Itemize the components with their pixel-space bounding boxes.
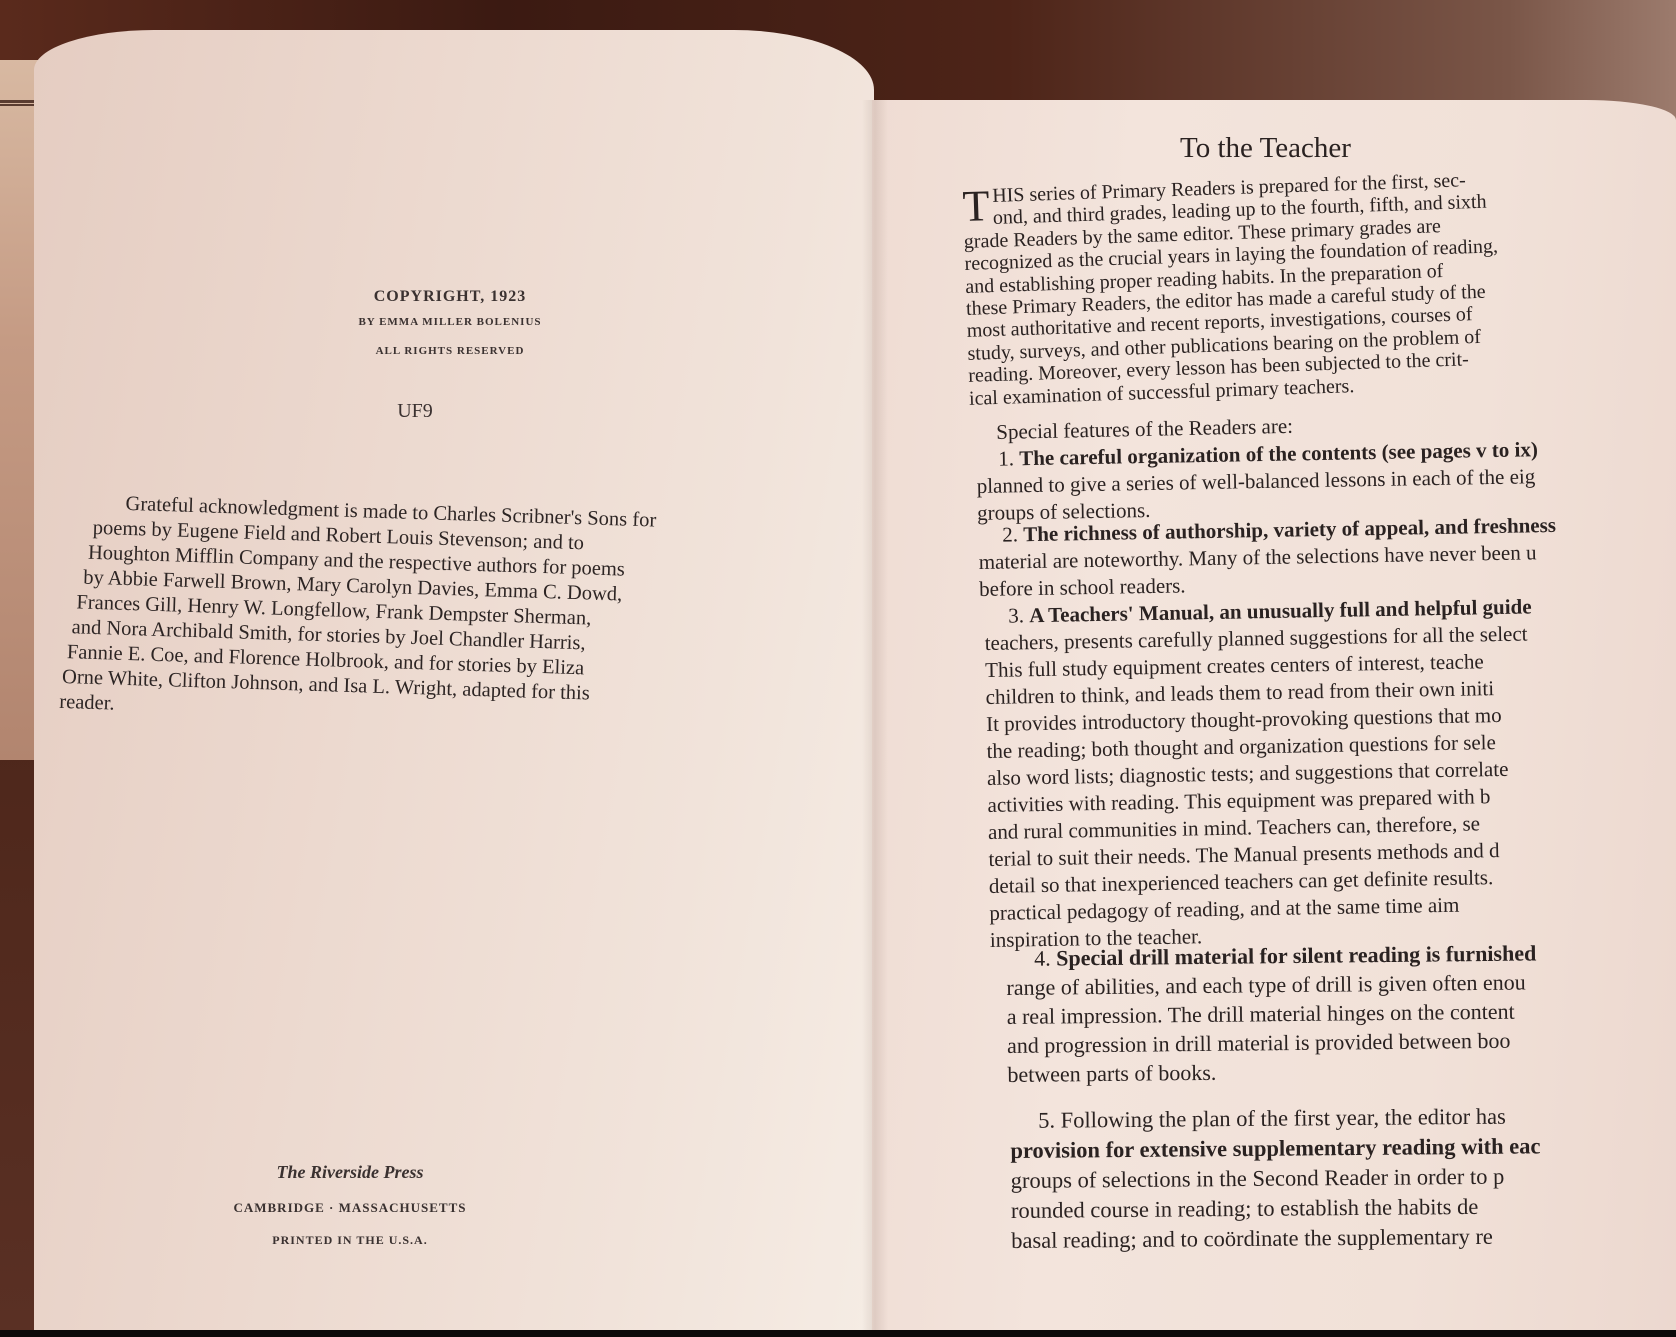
copyright-author: BY EMMA MILLER BOLENIUS — [270, 316, 630, 328]
drop-cap: T — [962, 187, 990, 226]
printed-in: PRINTED IN THE U.S.A. — [200, 1233, 500, 1248]
feature-number: 4. — [1034, 946, 1051, 971]
feature-item-3: 3. A Teachers' Manual, an unusually full… — [984, 590, 1676, 954]
publisher-name: The Riverside Press — [200, 1162, 500, 1183]
feature-number: 1. — [998, 446, 1014, 470]
feature-line: basal reading; and to coördinate the sup… — [1011, 1220, 1676, 1256]
feature-number: 2. — [1002, 522, 1018, 546]
bottom-edge — [0, 1330, 1676, 1337]
intro-paragraph: T HIS series of Primary Readers is prepa… — [962, 161, 1676, 410]
publisher-city: CAMBRIDGE · MASSACHUSETTS — [200, 1200, 500, 1216]
feature-item-2: 2. The richness of authorship, variety o… — [978, 509, 1676, 603]
feature-line: Following the plan of the first year, th… — [1061, 1104, 1506, 1133]
copyright-notice: COPYRIGHT, 1923 — [300, 288, 600, 306]
printing-code: UF9 — [365, 400, 465, 423]
feature-line: Special drill material for silent readin… — [1056, 940, 1536, 970]
feature-item-4: 4. Special drill material for silent rea… — [1006, 936, 1676, 1089]
book-gutter — [862, 100, 888, 1330]
page-title: To the Teacher — [1180, 132, 1351, 165]
feature-number: 5. — [1038, 1108, 1055, 1133]
feature-item-5: 5. Following the plan of the first year,… — [1010, 1100, 1676, 1256]
rights-reserved: ALL RIGHTS RESERVED — [300, 345, 600, 357]
feature-number: 3. — [1008, 603, 1024, 627]
acknowledgment-paragraph: Grateful acknowledgment is made to Charl… — [59, 490, 736, 736]
